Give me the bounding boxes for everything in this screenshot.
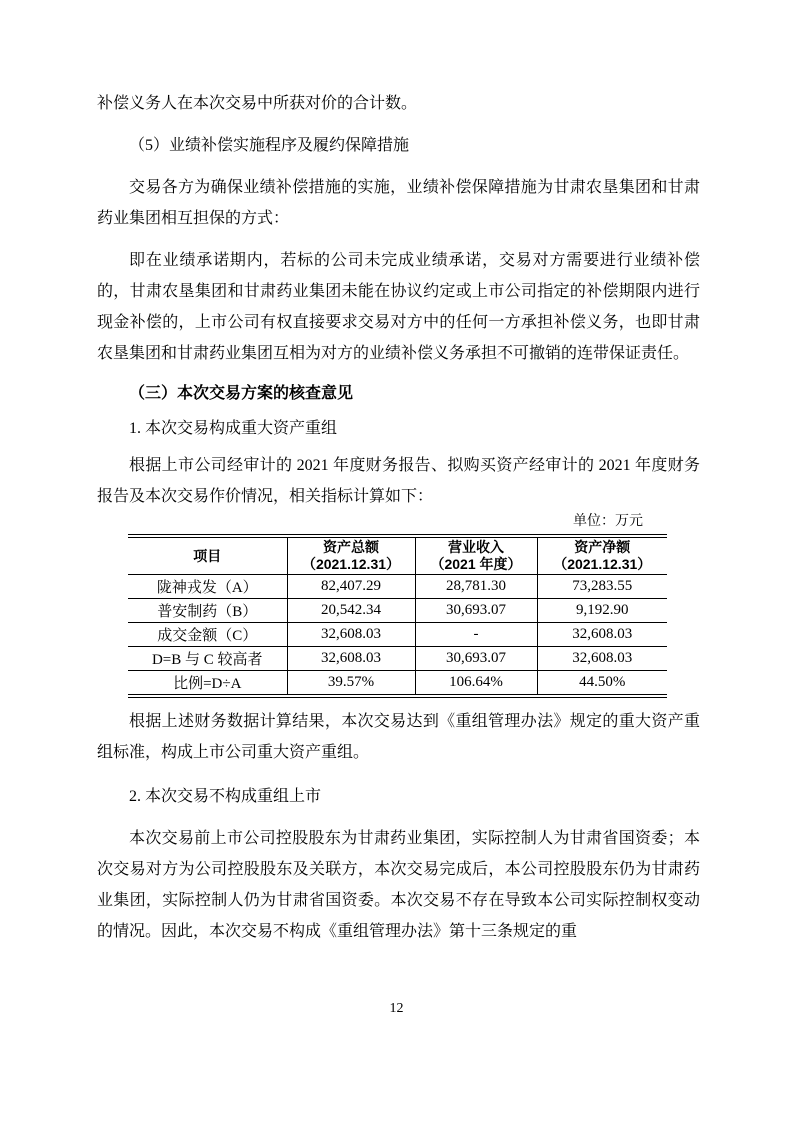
header-line2: （2021.12.31）	[538, 556, 668, 573]
table-row: 比例=D÷A 39.57% 106.64% 44.50%	[128, 671, 667, 697]
header-line1: 资产总额	[288, 539, 415, 556]
paragraph-control-unchanged: 本次交易前上市公司控股股东为甘肃药业集团，实际控制人为甘肃省国资委；本次交易对方…	[97, 823, 700, 947]
table-cell: 32,608.03	[287, 647, 415, 671]
table-cell: 39.57%	[287, 671, 415, 697]
header-line2: （2021.12.31）	[288, 556, 415, 573]
table-cell: 82,407.29	[287, 575, 415, 599]
table-row: 普安制药（B） 20,542.34 30,693.07 9,192.90	[128, 599, 667, 623]
table-header-net-assets: 资产净额（2021.12.31）	[537, 536, 667, 575]
table-header-item: 项目	[128, 536, 287, 575]
table-unit-label: 单位：万元	[97, 512, 700, 532]
table-row: D=B 与 C 较高者 32,608.03 30,693.07 32,608.0…	[128, 647, 667, 671]
header-line1: 资产净额	[538, 539, 668, 556]
document-page: 补偿义务人在本次交易中所获对价的合计数。 （5）业绩补偿实施程序及履约保障措施 …	[0, 0, 793, 1122]
table-row: 陇神戎发（A） 82,407.29 28,781.30 73,283.55	[128, 575, 667, 599]
table-header-operating-revenue: 营业收入（2021 年度）	[415, 536, 537, 575]
table-cell: 30,693.07	[415, 647, 537, 671]
page-number: 12	[0, 1000, 793, 1018]
heading-sub-2: 2. 本次交易不构成重组上市	[97, 781, 700, 812]
table-cell: 比例=D÷A	[128, 671, 287, 697]
table-cell: 73,283.55	[537, 575, 667, 599]
header-line1: 营业收入	[416, 539, 537, 556]
table-cell: 106.64%	[415, 671, 537, 697]
paragraph-calc-basis: 根据上市公司经审计的 2021 年度财务报告、拟购买资产经审计的 2021 年度…	[97, 450, 700, 512]
heading-section-3: （三）本次交易方案的核查意见	[97, 378, 700, 409]
table-cell: -	[415, 623, 537, 647]
table-cell: D=B 与 C 较高者	[128, 647, 287, 671]
table-cell: 32,608.03	[537, 647, 667, 671]
paragraph-mutual-guarantee: 交易各方为确保业绩补偿措施的实施，业绩补偿保障措施为甘肃农垦集团和甘肃药业集团相…	[97, 172, 700, 234]
table-cell: 32,608.03	[537, 623, 667, 647]
financial-indicators-table: 项目 资产总额（2021.12.31） 营业收入（2021 年度） 资产净额（2…	[128, 534, 667, 698]
paragraph-guarantee-detail: 即在业绩承诺期内，若标的公司未完成业绩承诺，交易对方需要进行业绩补偿的，甘肃农垦…	[97, 245, 700, 369]
table-cell: 32,608.03	[287, 623, 415, 647]
header-line1: 项目	[128, 548, 287, 565]
table-cell: 9,192.90	[537, 599, 667, 623]
heading-item-5: （5）业绩补偿实施程序及履约保障措施	[97, 130, 700, 161]
table-cell: 30,693.07	[415, 599, 537, 623]
table-cell: 陇神戎发（A）	[128, 575, 287, 599]
text-column: 补偿义务人在本次交易中所获对价的合计数。 （5）业绩补偿实施程序及履约保障措施 …	[97, 88, 700, 958]
paragraph-consideration-total: 补偿义务人在本次交易中所获对价的合计数。	[97, 88, 700, 119]
table-cell: 普安制药（B）	[128, 599, 287, 623]
table-cell: 44.50%	[537, 671, 667, 697]
header-line2: （2021 年度）	[416, 556, 537, 573]
table-cell: 成交金额（C）	[128, 623, 287, 647]
table-header-row: 项目 资产总额（2021.12.31） 营业收入（2021 年度） 资产净额（2…	[128, 536, 667, 575]
table-block: 项目 资产总额（2021.12.31） 营业收入（2021 年度） 资产净额（2…	[97, 534, 700, 698]
heading-sub-1: 1. 本次交易构成重大资产重组	[97, 413, 700, 444]
table-cell: 20,542.34	[287, 599, 415, 623]
table-header-total-assets: 资产总额（2021.12.31）	[287, 536, 415, 575]
table-row: 成交金额（C） 32,608.03 - 32,608.03	[128, 623, 667, 647]
table-cell: 28,781.30	[415, 575, 537, 599]
paragraph-major-restructuring-conclusion: 根据上述财务数据计算结果，本次交易达到《重组管理办法》规定的重大资产重组标准，构…	[97, 706, 700, 768]
